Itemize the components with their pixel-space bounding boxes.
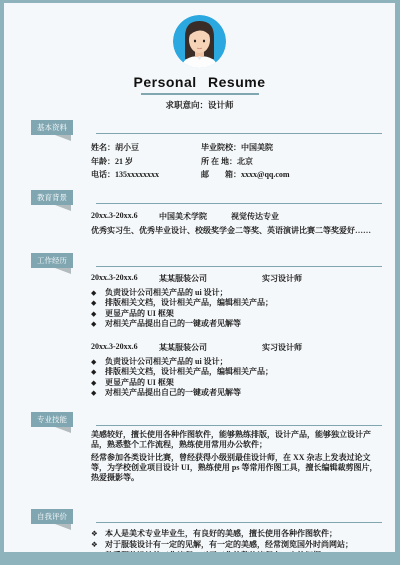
field-location: 所 在 地：北京 — [201, 156, 382, 167]
work-bullet-item: ◆更显产品的 UI 框架 — [91, 309, 382, 320]
diamond-bullet-icon: ◆ — [91, 298, 105, 309]
work-bullet-text: 负责设计公司相关产品的 ui 设计； — [105, 288, 228, 299]
evaluation-bullet-list: ❖本人是美术专业毕业生，有良好的美感，擅长使用各种作图软件； ❖对于服装设计有一… — [91, 528, 382, 553]
work-bullet-list: ◆负责设计公司相关产品的 ui 设计； ◆排版相关文档，设计相关产品，编辑相关产… — [91, 357, 382, 399]
resume-page: Personal Resume 求职意向：设计师 基本资料 姓名：胡小豆 年龄：… — [4, 3, 395, 552]
section-tab-evaluation: 自我评价 — [31, 509, 73, 524]
basic-info-grid: 姓名：胡小豆 年龄：21 岁 电话：135xxxxxxxx 毕业院校：中国美院 … — [91, 141, 382, 182]
resume-title: Personal Resume — [4, 74, 395, 90]
work-bullet-item: ◆排版相关文档，设计相关产品，编辑相关产品； — [91, 367, 382, 378]
section-rule — [96, 266, 382, 267]
education-date: 20xx.3-20xx.6 — [91, 211, 159, 222]
diamond-bullet-icon: ◆ — [91, 309, 105, 320]
evaluation-block: ❖本人是美术专业毕业生，有良好的美感，擅长使用各种作图软件； ❖对于服装设计有一… — [91, 528, 382, 553]
section-head-basic: 基本资料 — [4, 120, 382, 135]
evaluation-bullet-text: 本人是美术专业毕业生，有良好的美感，擅长使用各种作图软件； — [105, 528, 337, 539]
section-tab-skills: 专业技能 — [31, 412, 73, 427]
work-date: 20xx.3-20xx.6 — [91, 273, 159, 284]
resume-screenshot: { "theme": { "accent": "#7FA6B1", "frame… — [0, 0, 400, 565]
work-bullet-text: 负责设计公司相关产品的 ui 设计； — [105, 357, 228, 368]
work-bullet-item: ◆对相关产品提出自己的一键或者见解等 — [91, 388, 382, 399]
section-rule — [96, 425, 382, 426]
work-entry: 20xx.3-20xx.6 某某服装公司 实习设计师 ◆负责设计公司相关产品的 … — [91, 273, 382, 330]
job-objective: 求职意向：设计师 — [4, 99, 395, 111]
education-header-row: 20xx.3-20xx.6 中国美术学院 视觉传达专业 — [91, 211, 382, 222]
section-head-education: 教育背景 — [4, 190, 382, 205]
work-bullet-text: 对相关产品提出自己的一键或者见解等 — [105, 319, 241, 330]
profile-photo-illustration — [173, 15, 226, 68]
skills-paragraph: 经常参加各类设计比赛，曾经获得小级别最佳设计师，在 XX 杂志上发表过论文等，为… — [91, 453, 382, 483]
work-bullet-item: ◆负责设计公司相关产品的 ui 设计； — [91, 357, 382, 368]
section-head-evaluation: 自我评价 — [4, 509, 382, 524]
work-role: 实习设计师 — [262, 273, 302, 284]
education-major: 视觉传达专业 — [231, 211, 279, 222]
work-bullet-text: 排版相关文档，设计相关产品，编辑相关产品； — [105, 298, 273, 309]
florette-bullet-icon: ❖ — [91, 539, 105, 550]
education-school: 中国美术学院 — [159, 211, 231, 222]
section-tab-basic: 基本资料 — [31, 120, 73, 135]
work-company: 某某服装公司 — [159, 273, 262, 284]
work-bullet-text: 排版相关文档，设计相关产品，编辑相关产品； — [105, 367, 273, 378]
work-role: 实习设计师 — [262, 342, 302, 353]
education-block: 20xx.3-20xx.6 中国美术学院 视觉传达专业 优秀实习生、优秀毕业设计… — [91, 211, 382, 246]
evaluation-bullet-text: 熟悉服装设计的工作流程，对于工作的整体流程有一定的把握； — [105, 550, 329, 552]
section-rule — [96, 203, 382, 204]
education-honors: 优秀实习生、优秀毕业设计、校级奖学金二等奖、英语演讲比赛二等奖爱好…… — [91, 225, 382, 246]
work-bullet-item: ◆更显产品的 UI 框架 — [91, 378, 382, 389]
diamond-bullet-icon: ◆ — [91, 388, 105, 399]
work-bullet-item: ◆排版相关文档，设计相关产品，编辑相关产品； — [91, 298, 382, 309]
diamond-bullet-icon: ◆ — [91, 357, 105, 368]
skills-paragraph: 美感较好，擅长使用各种作图软件，能够熟练排版，设计产品，能够独立设计产品，熟悉整… — [91, 430, 382, 450]
title-divider — [141, 93, 259, 95]
evaluation-bullet-text: 对于服装设计有一定的见解，有一定的美感，经常浏览国外时尚网站； — [105, 539, 353, 550]
work-company: 某某服装公司 — [159, 342, 262, 353]
work-bullet-list: ◆负责设计公司相关产品的 ui 设计； ◆排版相关文档，设计相关产品，编辑相关产… — [91, 288, 382, 330]
field-name: 姓名：胡小豆 — [91, 142, 201, 153]
work-bullet-text: 更显产品的 UI 框架 — [105, 378, 174, 389]
work-bullet-item: ◆负责设计公司相关产品的 ui 设计； — [91, 288, 382, 299]
section-head-work: 工作经历 — [4, 253, 382, 268]
section-rule — [96, 133, 382, 134]
work-header-row: 20xx.3-20xx.6 某某服装公司 实习设计师 — [91, 342, 382, 353]
work-entry: 20xx.3-20xx.6 某某服装公司 实习设计师 ◆负责设计公司相关产品的 … — [91, 342, 382, 399]
section-head-skills: 专业技能 — [4, 412, 382, 427]
field-school: 毕业院校：中国美院 — [201, 142, 382, 153]
work-block: 20xx.3-20xx.6 某某服装公司 实习设计师 ◆负责设计公司相关产品的 … — [91, 273, 382, 399]
field-phone: 电话：135xxxxxxxx — [91, 169, 201, 180]
section-tab-education: 教育背景 — [31, 190, 73, 205]
work-bullet-text: 更显产品的 UI 框架 — [105, 309, 174, 320]
evaluation-bullet-item: ❖熟悉服装设计的工作流程，对于工作的整体流程有一定的把握； — [91, 550, 382, 552]
diamond-bullet-icon: ◆ — [91, 319, 105, 330]
work-date: 20xx.3-20xx.6 — [91, 342, 159, 353]
field-age: 年龄：21 岁 — [91, 156, 201, 167]
section-tab-work: 工作经历 — [31, 253, 73, 268]
profile-photo — [173, 15, 226, 68]
florette-bullet-icon: ❖ — [91, 528, 105, 539]
work-bullet-text: 对相关产品提出自己的一键或者见解等 — [105, 388, 241, 399]
skills-block: 美感较好，擅长使用各种作图软件，能够熟练排版，设计产品，能够独立设计产品，熟悉整… — [91, 430, 382, 483]
florette-bullet-icon: ❖ — [91, 550, 105, 552]
evaluation-bullet-item: ❖本人是美术专业毕业生，有良好的美感，擅长使用各种作图软件； — [91, 528, 382, 539]
work-bullet-item: ◆对相关产品提出自己的一键或者见解等 — [91, 319, 382, 330]
work-header-row: 20xx.3-20xx.6 某某服装公司 实习设计师 — [91, 273, 382, 284]
section-rule — [96, 522, 382, 523]
field-email: 邮 箱：xxxx@qq.com — [201, 169, 382, 180]
diamond-bullet-icon: ◆ — [91, 367, 105, 378]
diamond-bullet-icon: ◆ — [91, 378, 105, 389]
evaluation-bullet-item: ❖对于服装设计有一定的见解，有一定的美感，经常浏览国外时尚网站； — [91, 539, 382, 550]
diamond-bullet-icon: ◆ — [91, 288, 105, 299]
